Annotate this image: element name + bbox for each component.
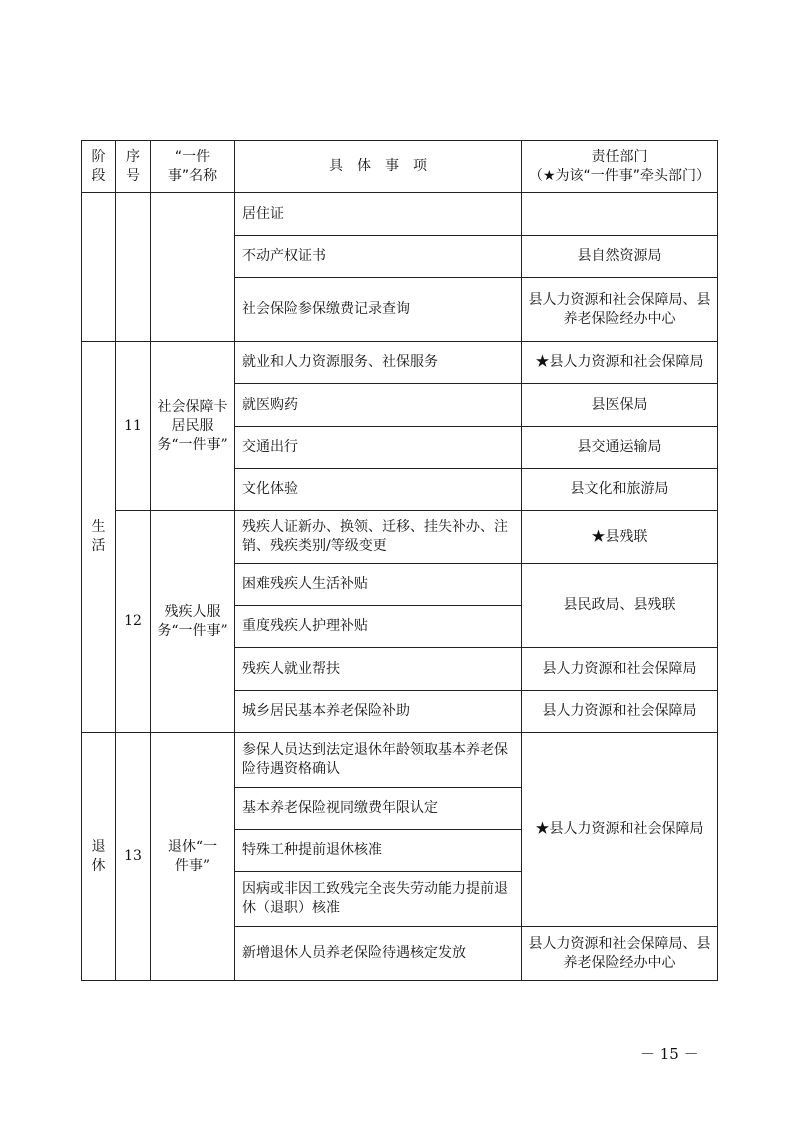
table-row: 生活 11 社会保障卡居民服务“一件事” 就业和人力资源服务、社保服务 ★县人力… <box>82 342 718 384</box>
dept-cell: ★县人力资源和社会保障局 <box>522 733 718 927</box>
table-row: 居住证 <box>82 193 718 236</box>
item-cell: 参保人员达到法定退休年龄领取基本养老保险待遇资格确认 <box>235 733 522 788</box>
item-cell: 新增退休人员养老保险待遇核定发放 <box>235 927 522 981</box>
item-cell: 基本养老保险视同缴费年限认定 <box>235 788 522 830</box>
item-cell: 特殊工种提前退休核准 <box>235 830 522 872</box>
seq-cell: 12 <box>116 511 151 733</box>
item-cell: 重度残疾人护理补贴 <box>235 606 522 648</box>
header-seq: 序号 <box>116 141 151 193</box>
item-cell: 社会保险参保缴费记录查询 <box>235 278 522 342</box>
dept-cell: 县自然资源局 <box>522 236 718 278</box>
item-cell: 城乡居民基本养老保险补助 <box>235 691 522 733</box>
name-cell-continued <box>151 193 235 342</box>
dept-cell: 县人力资源和社会保障局、县养老保险经办中心 <box>522 278 718 342</box>
dept-cell: 县人力资源和社会保障局 <box>522 691 718 733</box>
dept-cell: 县民政局、县残联 <box>522 564 718 648</box>
item-cell: 因病或非因工致残完全丧失劳动能力提前退休（退职）核准 <box>235 872 522 927</box>
item-cell: 居住证 <box>235 193 522 236</box>
header-dept-note: （★为该“一件事”牵头部门） <box>522 167 717 186</box>
name-cell: 退休“一件事” <box>151 733 235 981</box>
table-row: 12 残疾人服务“一件事” 残疾人证新办、换领、迁移、挂失补办、注销、残疾类别/… <box>82 511 718 564</box>
item-cell: 残疾人证新办、换领、迁移、挂失补办、注销、残疾类别/等级变更 <box>235 511 522 564</box>
services-table: 阶段 序号 “一件事”名称 具 体 事 项 责任部门 （★为该“一件事”牵头部门… <box>81 140 718 981</box>
dept-cell: ★县残联 <box>522 511 718 564</box>
dept-cell: 县医保局 <box>522 384 718 427</box>
item-cell: 就医购药 <box>235 384 522 427</box>
header-dept-title: 责任部门 <box>522 148 717 167</box>
page-number: － 15 － <box>640 1043 699 1064</box>
name-cell: 残疾人服务“一件事” <box>151 511 235 733</box>
stage-cell-continued <box>82 193 116 342</box>
header-name: “一件事”名称 <box>151 141 235 193</box>
dept-cell: 县人力资源和社会保障局 <box>522 648 718 691</box>
item-cell: 文化体验 <box>235 469 522 511</box>
dept-cell <box>522 193 718 236</box>
seq-cell: 11 <box>116 342 151 511</box>
item-cell: 交通出行 <box>235 427 522 469</box>
dept-cell: ★县人力资源和社会保障局 <box>522 342 718 384</box>
seq-cell-continued <box>116 193 151 342</box>
item-cell: 就业和人力资源服务、社保服务 <box>235 342 522 384</box>
item-cell: 残疾人就业帮扶 <box>235 648 522 691</box>
header-stage: 阶段 <box>82 141 116 193</box>
dept-cell: 县人力资源和社会保障局、县养老保险经办中心 <box>522 927 718 981</box>
header-item: 具 体 事 项 <box>235 141 522 193</box>
stage-cell-retire: 退休 <box>82 733 116 981</box>
item-cell: 困难残疾人生活补贴 <box>235 564 522 606</box>
item-cell: 不动产权证书 <box>235 236 522 278</box>
header-dept: 责任部门 （★为该“一件事”牵头部门） <box>522 141 718 193</box>
seq-cell: 13 <box>116 733 151 981</box>
name-cell: 社会保障卡居民服务“一件事” <box>151 342 235 511</box>
dept-cell: 县文化和旅游局 <box>522 469 718 511</box>
table-row: 退休 13 退休“一件事” 参保人员达到法定退休年龄领取基本养老保险待遇资格确认… <box>82 733 718 788</box>
stage-cell-life: 生活 <box>82 342 116 733</box>
dept-cell: 县交通运输局 <box>522 427 718 469</box>
header-row: 阶段 序号 “一件事”名称 具 体 事 项 责任部门 （★为该“一件事”牵头部门… <box>82 141 718 193</box>
